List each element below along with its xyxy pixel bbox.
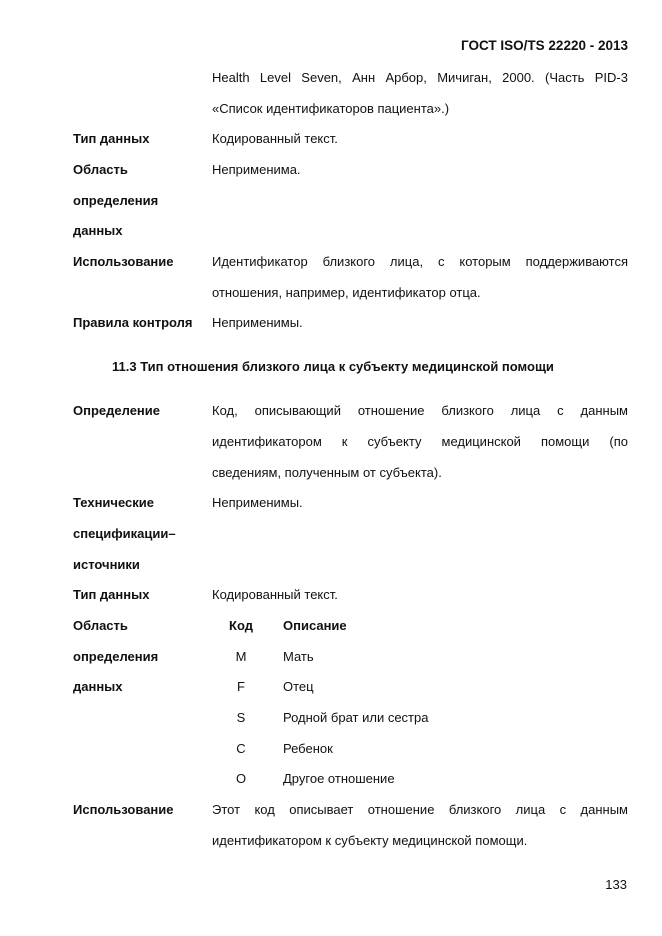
domain-label-11-3-line-3: данных [73, 679, 123, 695]
code-table-row-code: M [220, 649, 262, 665]
usage-label-11-3: Использование [73, 802, 174, 818]
tech-specs-label-line-3: источники [73, 557, 140, 573]
code-table-row-code: F [220, 679, 262, 695]
definition-label: Определение [73, 403, 160, 419]
domain-label-line-1: Область [73, 162, 128, 178]
tech-specs-label-line-2: спецификации– [73, 526, 176, 542]
validation-rules-label: Правила контроля [73, 315, 193, 331]
domain-label-line-3: данных [73, 223, 123, 239]
usage-11-3-line-2: идентификатором к субъекту медицинской п… [212, 833, 527, 849]
data-type-label-11-3: Тип данных [73, 587, 149, 603]
continuation-line-2: «Список идентификаторов пациента».) [212, 101, 449, 117]
section-heading-11-3: 11.3 Тип отношения близкого лица к субъе… [112, 359, 554, 375]
domain-label-11-3-line-2: определения [73, 649, 158, 665]
data-type-value: Кодированный текст. [212, 131, 338, 147]
domain-value: Неприменима. [212, 162, 301, 178]
code-table-row-description: Ребенок [283, 741, 333, 757]
definition-line-2: идентификатором к субъекту медицинской п… [212, 434, 628, 450]
code-table-row-description: Отец [283, 679, 314, 695]
usage-line-1: Идентификатор близкого лица, с которым п… [212, 254, 628, 270]
data-type-value-11-3: Кодированный текст. [212, 587, 338, 603]
code-table-row-code: C [220, 741, 262, 757]
validation-rules-value: Неприменимы. [212, 315, 303, 331]
domain-label-line-2: определения [73, 193, 158, 209]
code-table-row-description: Мать [283, 649, 314, 665]
tech-specs-label-line-1: Технические [73, 495, 154, 511]
data-type-label: Тип данных [73, 131, 149, 147]
usage-label: Использование [73, 254, 174, 270]
definition-line-1: Код, описывающий отношение близкого лица… [212, 403, 628, 419]
usage-11-3-line-1: Этот код описывает отношение близкого ли… [212, 802, 628, 818]
tech-specs-value: Неприменимы. [212, 495, 303, 511]
continuation-line-1: Health Level Seven, Анн Арбор, Мичиган, … [212, 70, 628, 86]
code-table-row-code: O [220, 771, 262, 787]
usage-line-2: отношения, например, идентификатор отца. [212, 285, 481, 301]
code-table-row-code: S [220, 710, 262, 726]
document-header-standard: ГОСТ ISO/TS 22220 - 2013 [461, 38, 628, 54]
code-table-row-description: Родной брат или сестра [283, 710, 428, 726]
domain-label-11-3-line-1: Область [73, 618, 128, 634]
definition-line-3: сведениям, полученным от субъекта). [212, 465, 442, 481]
page-number: 133 [605, 877, 627, 893]
code-table-header-description: Описание [283, 618, 347, 634]
code-table-header-code: Код [220, 618, 262, 634]
code-table-row-description: Другое отношение [283, 771, 395, 787]
